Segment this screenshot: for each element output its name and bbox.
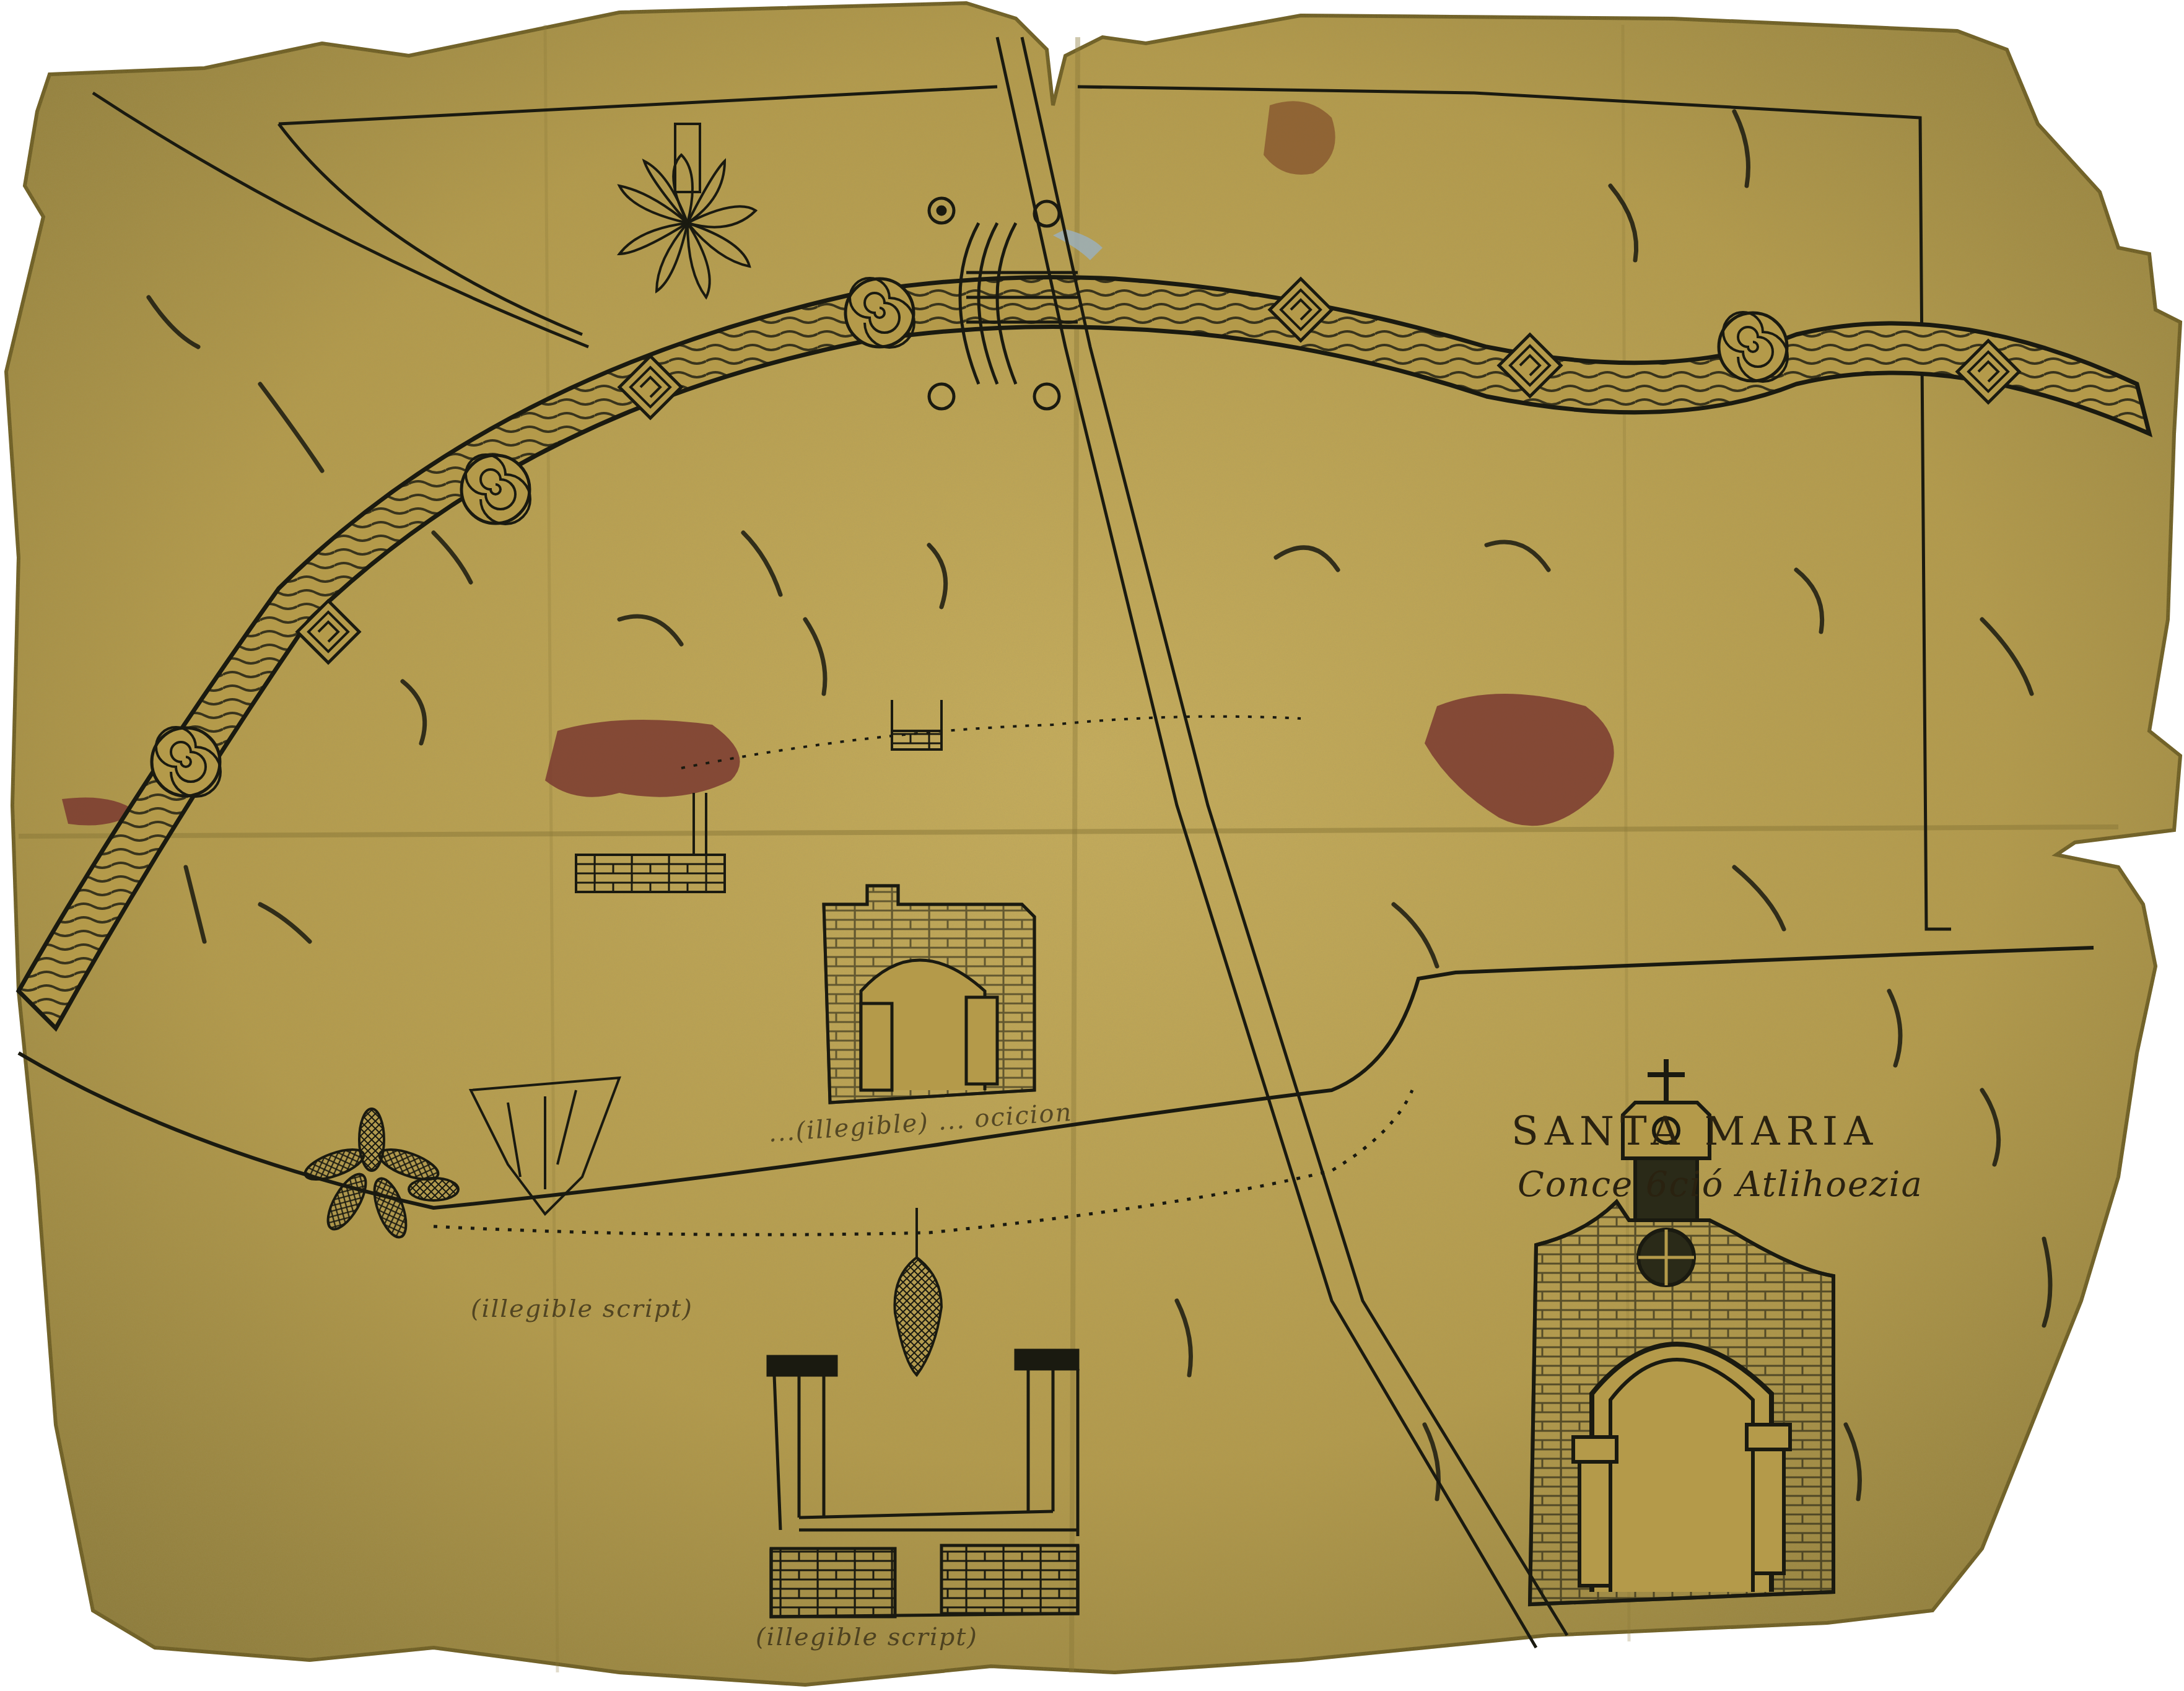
church-title-line1: SANTA MARIA: [1511, 1109, 1879, 1155]
church-title-line2: Conce 6ció Atlihoezia: [1518, 1164, 1923, 1205]
map-canvas: [0, 0, 2184, 1691]
bottom-building-caption: (illegible script): [756, 1623, 978, 1651]
arched-gateway: [824, 886, 1034, 1103]
left-caption: (illegible script): [471, 1295, 693, 1323]
